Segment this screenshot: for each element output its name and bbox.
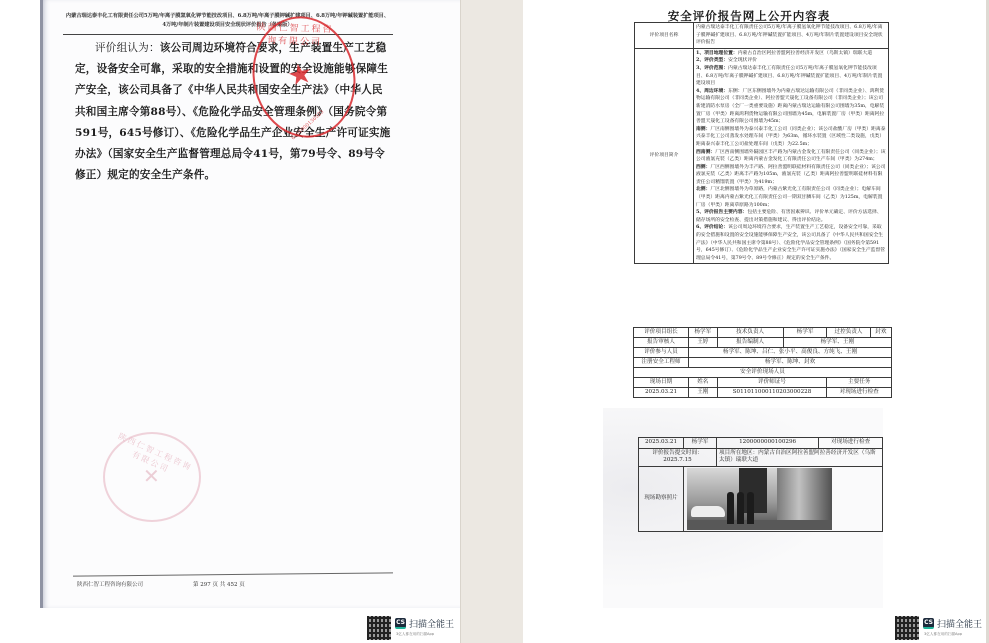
table-row: 2025.03.21 王刚 S011011000110203000228 对现场… [634, 388, 892, 398]
submit-time-label: 评价报告提交时间： [641, 450, 714, 458]
page-297: 内蒙古瑞达泰丰化工有限责任公司5万吨/年离子膜氢氧化钾节能技改项目、6.8万吨/… [40, 0, 463, 608]
engineers-value: 杨学军、陈坤、封欢 [689, 358, 892, 368]
staff-table: 评价项目组长 杨学军 技术负责人 杨学军 过控负责人 封欢 报告审核人 王婷 报… [633, 327, 892, 398]
participants-label: 评价参与人员 [634, 348, 689, 358]
column-header: 主要任务 [827, 378, 892, 388]
column-header: 评价师证号 [717, 378, 827, 388]
submit-time-cell: 评价报告提交时间： 2025.7.15 [639, 448, 717, 466]
camscanner-watermark: CS 扫描全能王 3亿人都在用的扫描App [895, 616, 989, 642]
editor-value: 杨学军、王刚 [783, 338, 891, 348]
leader-label: 评价项目组长 [634, 328, 689, 338]
conclusion-lead: 评价组认为： [95, 42, 160, 54]
process-value: 封欢 [870, 328, 891, 338]
table-row: 评价报告提交时间： 2025.7.15 项目所在地区：内蒙古自治区阿拉善盟阿拉善… [639, 448, 883, 466]
site-name: 杨学军 [684, 438, 717, 449]
intro-paragraph: 北侧：厂区北侧围墙外为草原路，内蒙古紫光化工有限责任公司（同类企业）；电解车间（… [696, 186, 886, 209]
qr-code-icon [367, 616, 391, 640]
leader-value: 杨学军 [689, 328, 718, 338]
reviewer-label: 报告审核人 [634, 338, 689, 348]
disclosure-info-table: 评价项目名称 内蒙古瑞达泰丰化工有限责任公司5万吨/年离子膜氢氧化钾节能技改项目… [634, 22, 889, 264]
table-header-row: 现场日期 姓名 评价师证号 主要任务 [634, 378, 892, 388]
submit-time-value: 2025.7.15 [641, 457, 714, 465]
site-cert: 1200000000100296 [717, 438, 819, 449]
footer-rule [73, 572, 393, 576]
editor-label: 报告编制人 [717, 338, 783, 348]
site-staff-section: 安全评价现场人员 [634, 368, 892, 378]
table-row: 报告审核人 王婷 报告编制人 杨学军、王刚 [634, 338, 892, 348]
intro-paragraph: 西南侧：厂区西南侧围墙外隔园区丰产路为内蒙古金发化工有限责任公司（同类企业）；该… [696, 149, 886, 164]
star-icon: ★ [285, 58, 315, 91]
page-gutter [460, 0, 525, 643]
photo-label: 现场勘察照片 [639, 466, 684, 531]
footer-page-number: 第 297 页 共 452 页 [193, 580, 245, 588]
intro-paragraph: 3、评价范围：内蒙古瑞达泰丰化工有限责任公司5万吨/年离子膜氢氧化钾节能技改项目… [696, 65, 886, 88]
footer-company: 陕西仁智工程咨询有限公司 [77, 580, 143, 588]
site-inspection-photo [687, 468, 832, 530]
document-viewer: 内蒙古瑞达泰丰化工有限责任公司5万吨/年离子膜氢氧化钾节能技改项目、6.8万吨/… [0, 0, 989, 643]
site-cert: S011011000110203000228 [717, 388, 827, 398]
table-row: 安全评价现场人员 [634, 368, 892, 378]
page-298: 安全评价报告网上公开内容表 评价项目名称 内蒙古瑞达泰丰化工有限责任公司5万吨/… [523, 0, 986, 643]
project-name-value: 内蒙古瑞达泰丰化工有限责任公司5万吨/年离子膜氢氧化钾节能技改项目、6.8万吨/… [694, 23, 889, 49]
project-intro-value: 1、项目地理位置：内蒙古自治区阿拉善盟阿拉善经济开发区（乌斯太镇）瑞联大道2、评… [694, 48, 889, 264]
tech-label: 技术负责人 [717, 328, 783, 338]
camscanner-logo-icon: CS [923, 618, 934, 628]
intro-paragraph: 6、评价结论：该公司周边环境符合要求，生产装置生产工艺稳定，设备安全可靠，采取的… [696, 224, 886, 262]
intro-paragraph: 2、评价类型：安全现状评价 [696, 57, 886, 65]
watermark-tagline: 3亿人都在用的扫描App [924, 632, 962, 637]
watermark-brand: 扫描全能王 [937, 617, 982, 630]
site-inspection-table: 2025.03.21 杨学军 1200000000100296 对现场进行检查 … [638, 437, 883, 532]
camscanner-logo-icon: CS [395, 618, 406, 628]
qr-code-icon [895, 616, 919, 640]
project-intro-label: 评价项目简介 [635, 48, 694, 264]
car-shape [691, 506, 725, 517]
site-date: 2025.03.21 [634, 388, 689, 398]
camscanner-watermark: CS 扫描全能王 3亿人都在用的扫描App [367, 616, 463, 642]
intro-paragraph: 西侧：厂区西侧围墙外为丰产路、阿拉善盟明联硅材料有限责任公司（同类企业）；该公司… [696, 164, 886, 187]
watermark-brand: 扫描全能王 [409, 617, 454, 630]
header-rule [63, 34, 393, 35]
tech-value: 杨学军 [783, 328, 827, 338]
table-row: 评价项目组长 杨学军 技术负责人 杨学军 过控负责人 封欢 [634, 328, 892, 338]
site-date: 2025.03.21 [639, 438, 684, 449]
reviewer-value: 王婷 [689, 338, 718, 348]
process-label: 过控负责人 [827, 328, 870, 338]
table-row: 评价项目名称 内蒙古瑞达泰丰化工有限责任公司5万吨/年离子膜氢氧化钾节能技改项目… [635, 23, 889, 49]
intro-paragraph: 5、评价报告主要内容：包括主要危险、有害因素辨识、评价单元确定、评价方法选择、储… [696, 209, 886, 224]
column-header: 现场日期 [634, 378, 689, 388]
intro-paragraph: 南侧：厂区南侧围墙外为泰兴泰丰化工公司（同类企业）；该公司盐酸厂房（甲类）距离泰… [696, 126, 886, 149]
stamp-text: 陕西仁智工程咨询有限公司 [251, 19, 338, 48]
intro-paragraph: 4、周边环境：东侧：厂区东侧围墙外为内蒙古瑞达运输有限公司（非同类企业）、鸿利货… [696, 88, 886, 126]
table-row: 注册安全工程师 杨学军、陈坤、封欢 [634, 358, 892, 368]
project-name-label: 评价项目名称 [635, 23, 694, 49]
participants-value: 杨学军、陈坤、吕仁、张小平、高俊良、方纯飞、王刚 [689, 348, 892, 358]
faded-seal-stamp: 陕西仁智工程咨询有限公司 ✕ [103, 432, 201, 522]
table-row: 2025.03.21 杨学军 1200000000100296 对现场进行检查 [639, 438, 883, 449]
location-value: 项目所在地区：内蒙古自治区阿拉善盟阿拉善经济开发区（乌斯太镇）瑞联大道 [717, 448, 883, 466]
page-running-header: 内蒙古瑞达泰丰化工有限责任公司5万吨/年离子膜氢氧化钾节能技改项目、6.8万吨/… [65, 12, 390, 30]
site-task: 对现场进行检查 [827, 388, 892, 398]
table-row: 现场勘察照片 [639, 466, 883, 531]
site-name: 王刚 [689, 388, 718, 398]
stamp-mark-icon: ✕ [143, 464, 160, 488]
photo-cell [684, 466, 883, 531]
site-task: 对现场进行检查 [819, 438, 883, 449]
watermark-tagline: 3亿人都在用的扫描App [396, 632, 434, 637]
column-header: 姓名 [689, 378, 718, 388]
table-row: 评价参与人员 杨学军、陈坤、吕仁、张小平、高俊良、方纯飞、王刚 [634, 348, 892, 358]
engineers-label: 注册安全工程师 [634, 358, 689, 368]
table-row: 评价项目简介 1、项目地理位置：内蒙古自治区阿拉善盟阿拉善经济开发区（乌斯太镇）… [635, 48, 889, 264]
